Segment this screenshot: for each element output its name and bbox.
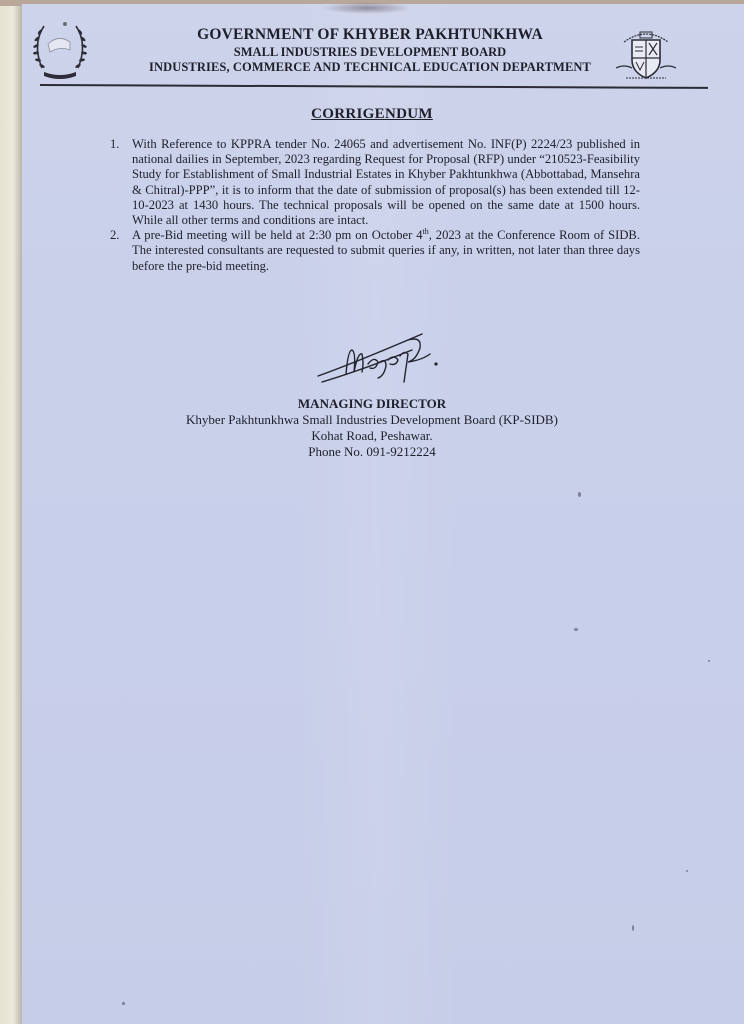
list-item: 1. With Reference to KPPRA tender No. 24…	[110, 137, 640, 228]
corrigendum-items: 1. With Reference to KPPRA tender No. 24…	[110, 137, 640, 274]
list-item: 2. A pre-Bid meeting will be held at 2:3…	[110, 228, 640, 274]
item-text: With Reference to KPPRA tender No. 24065…	[132, 137, 640, 228]
scan-margin	[0, 0, 22, 1024]
letterhead: GOVERNMENT OF KHYBER PAKHTUNKHWA SMALL I…	[100, 27, 640, 74]
scan-speck	[578, 492, 581, 497]
signatory-organization: Khyber Pakhtunkhwa Small Industries Deve…	[0, 412, 744, 428]
handwritten-signature-icon	[312, 320, 452, 392]
scan-speck	[574, 628, 578, 631]
scan-speck	[708, 660, 710, 662]
letterhead-department: INDUSTRIES, COMMERCE AND TECHNICAL EDUCA…	[100, 61, 640, 74]
kp-government-emblem-icon	[24, 16, 96, 80]
document-title: CORRIGENDUM	[0, 106, 744, 123]
signatory-title: MANAGING DIRECTOR	[0, 396, 744, 412]
item-text-part: A pre-Bid meeting will be held at 2:30 p…	[132, 228, 423, 242]
signature-block: MANAGING DIRECTOR Khyber Pakhtunkhwa Sma…	[0, 396, 744, 460]
item-text: A pre-Bid meeting will be held at 2:30 p…	[132, 228, 640, 274]
letterhead-government: GOVERNMENT OF KHYBER PAKHTUNKHWA	[100, 27, 640, 43]
item-number: 1.	[110, 137, 132, 228]
signatory-phone: Phone No. 091-9212224	[0, 444, 744, 460]
scan-speck	[686, 870, 688, 872]
signatory-address: Kohat Road, Peshawar.	[0, 428, 744, 444]
scan-speck	[122, 1002, 125, 1005]
stamp-mark	[322, 2, 412, 14]
letterhead-board: SMALL INDUSTRIES DEVELOPMENT BOARD	[100, 46, 640, 59]
item-number: 2.	[110, 228, 132, 274]
scan-speck	[632, 925, 634, 931]
